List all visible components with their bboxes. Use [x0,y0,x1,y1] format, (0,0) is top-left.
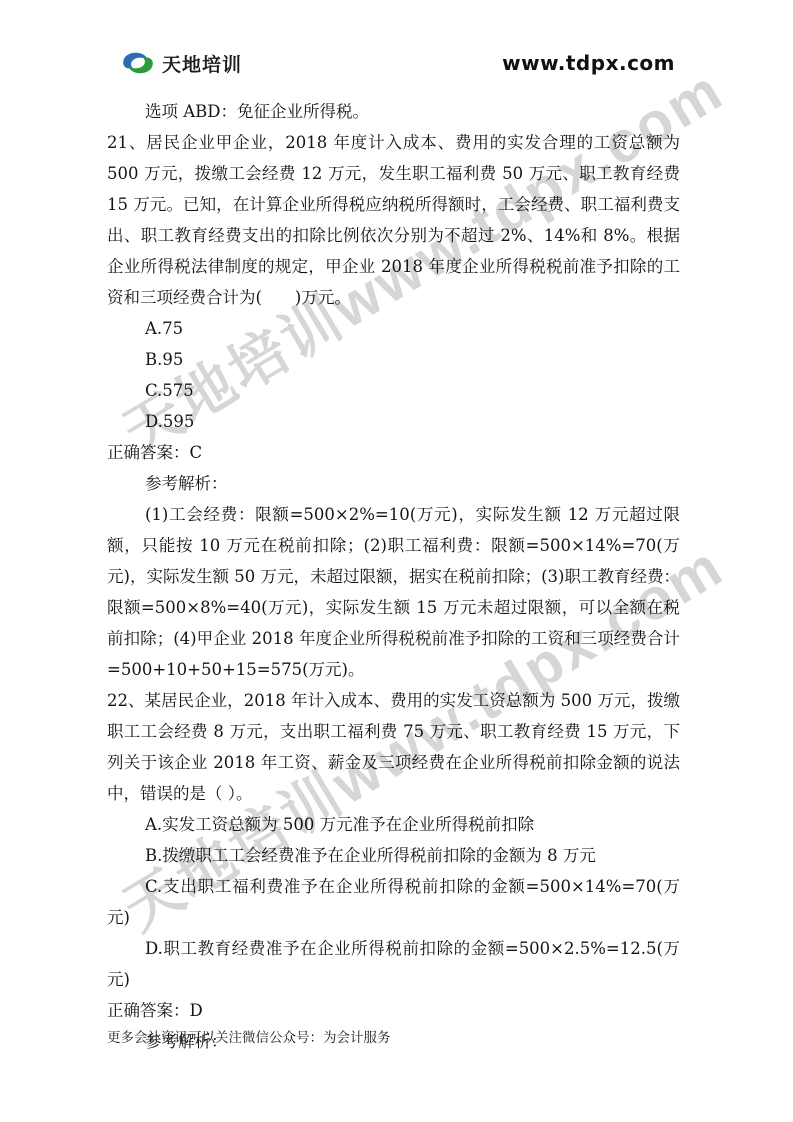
question-21-analysis: (1)工会经费：限额=500×2%=10(万元)，实际发生额 12 万元超过限额… [107,499,680,685]
question-21-option-d: D.595 [107,406,680,437]
question-22-option-d: D.职工教育经费准予在企业所得税前扣除的金额=500×2.5%=12.5(万元) [107,933,680,995]
document-body: 选项 ABD：免征企业所得税。 21、居民企业甲企业，2018 年度计入成本、费… [107,96,680,1057]
question-22-option-a: A.实发工资总额为 500 万元准予在企业所得税前扣除 [107,809,680,840]
question-21-option-a: A.75 [107,313,680,344]
brand-logo: 天地培训 [120,50,242,77]
footer-note: 更多会计资讯可以关注微信公众号：为会计服务 [107,1026,391,1046]
question-21-answer: 正确答案：C [107,437,680,468]
question-21-text: 21、居民企业甲企业，2018 年度计入成本、费用的实发合理的工资总额为 500… [107,127,680,313]
taiji-swoosh-icon [120,50,156,76]
question-22-answer: 正确答案：D [107,995,680,1026]
document-page: 天地培训 www.tdpx.com 天地培训www.tdpx.com 天地培训w… [0,0,793,1122]
question-21-analysis-label: 参考解析： [107,468,680,499]
page-header: 天地培训 www.tdpx.com [120,46,675,80]
brand-logo-text: 天地培训 [162,50,242,77]
prev-answer-note: 选项 ABD：免征企业所得税。 [107,96,680,127]
question-22-text: 22、某居民企业，2018 年计入成本、费用的实发工资总额为 500 万元，拨缴… [107,685,680,809]
header-url: www.tdpx.com [502,51,675,75]
question-22-option-b: B.拨缴职工工会经费准予在企业所得税前扣除的金额为 8 万元 [107,840,680,871]
question-22-option-c: C.支出职工福利费准予在企业所得税前扣除的金额=500×14%=70(万元) [107,871,680,933]
question-21-option-c: C.575 [107,375,680,406]
question-21-option-b: B.95 [107,344,680,375]
